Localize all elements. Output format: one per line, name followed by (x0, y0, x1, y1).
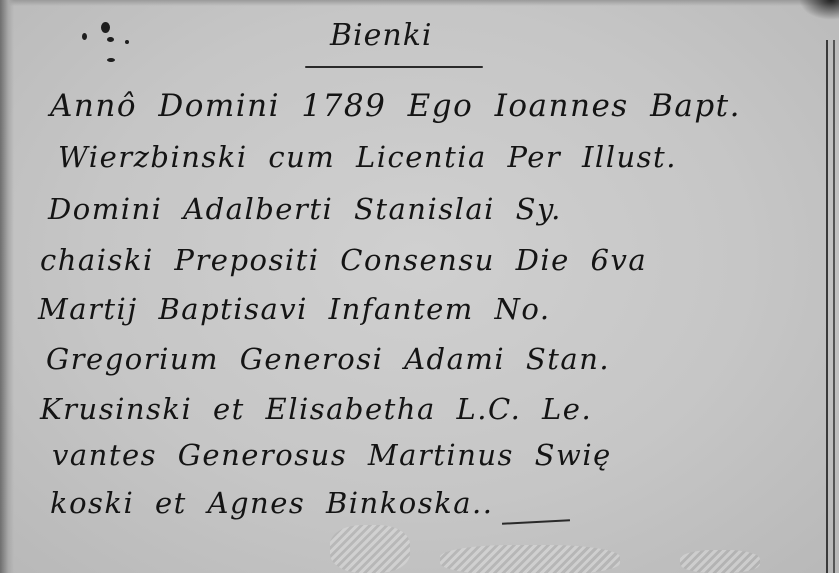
page-top-edge (0, 0, 839, 6)
ink-speck (82, 33, 87, 40)
text-line-2: Wierzbinski cum Licentia Per Illust. (58, 140, 677, 174)
text-line-9: koski et Agnes Binkoska.. (50, 486, 493, 520)
page-left-edge-shadow (0, 0, 14, 573)
paper-smudge (330, 525, 410, 573)
ink-speck (107, 37, 114, 42)
record-heading: Bienki (330, 18, 433, 53)
parish-register-page: Bienki Annô Domini 1789 Ego Ioannes Bapt… (0, 0, 839, 573)
text-line-3: Domini Adalberti Stanislai Sy. (48, 192, 562, 226)
margin-rule (826, 40, 828, 573)
paper-smudge (440, 545, 620, 573)
heading-underline (305, 66, 483, 68)
paper-smudge (680, 550, 760, 573)
signature-underline (502, 519, 570, 525)
ink-speck (101, 22, 110, 33)
ink-speck (125, 40, 129, 44)
ink-blot-corner (799, 0, 839, 20)
text-line-1: Annô Domini 1789 Ego Ioannes Bapt. (50, 88, 741, 124)
text-line-6: Gregorium Generosi Adami Stan. (46, 342, 610, 376)
margin-rule-outer (833, 40, 835, 573)
text-line-8: vantes Generosus Martinus Swię (52, 438, 612, 472)
text-line-5: Martij Baptisavi Infantem No. (38, 292, 551, 326)
text-line-7: Krusinski et Elisabetha L.C. Le. (40, 392, 592, 426)
text-line-4: chaiski Prepositi Consensu Die 6va (40, 243, 647, 277)
ink-speck (107, 58, 115, 62)
